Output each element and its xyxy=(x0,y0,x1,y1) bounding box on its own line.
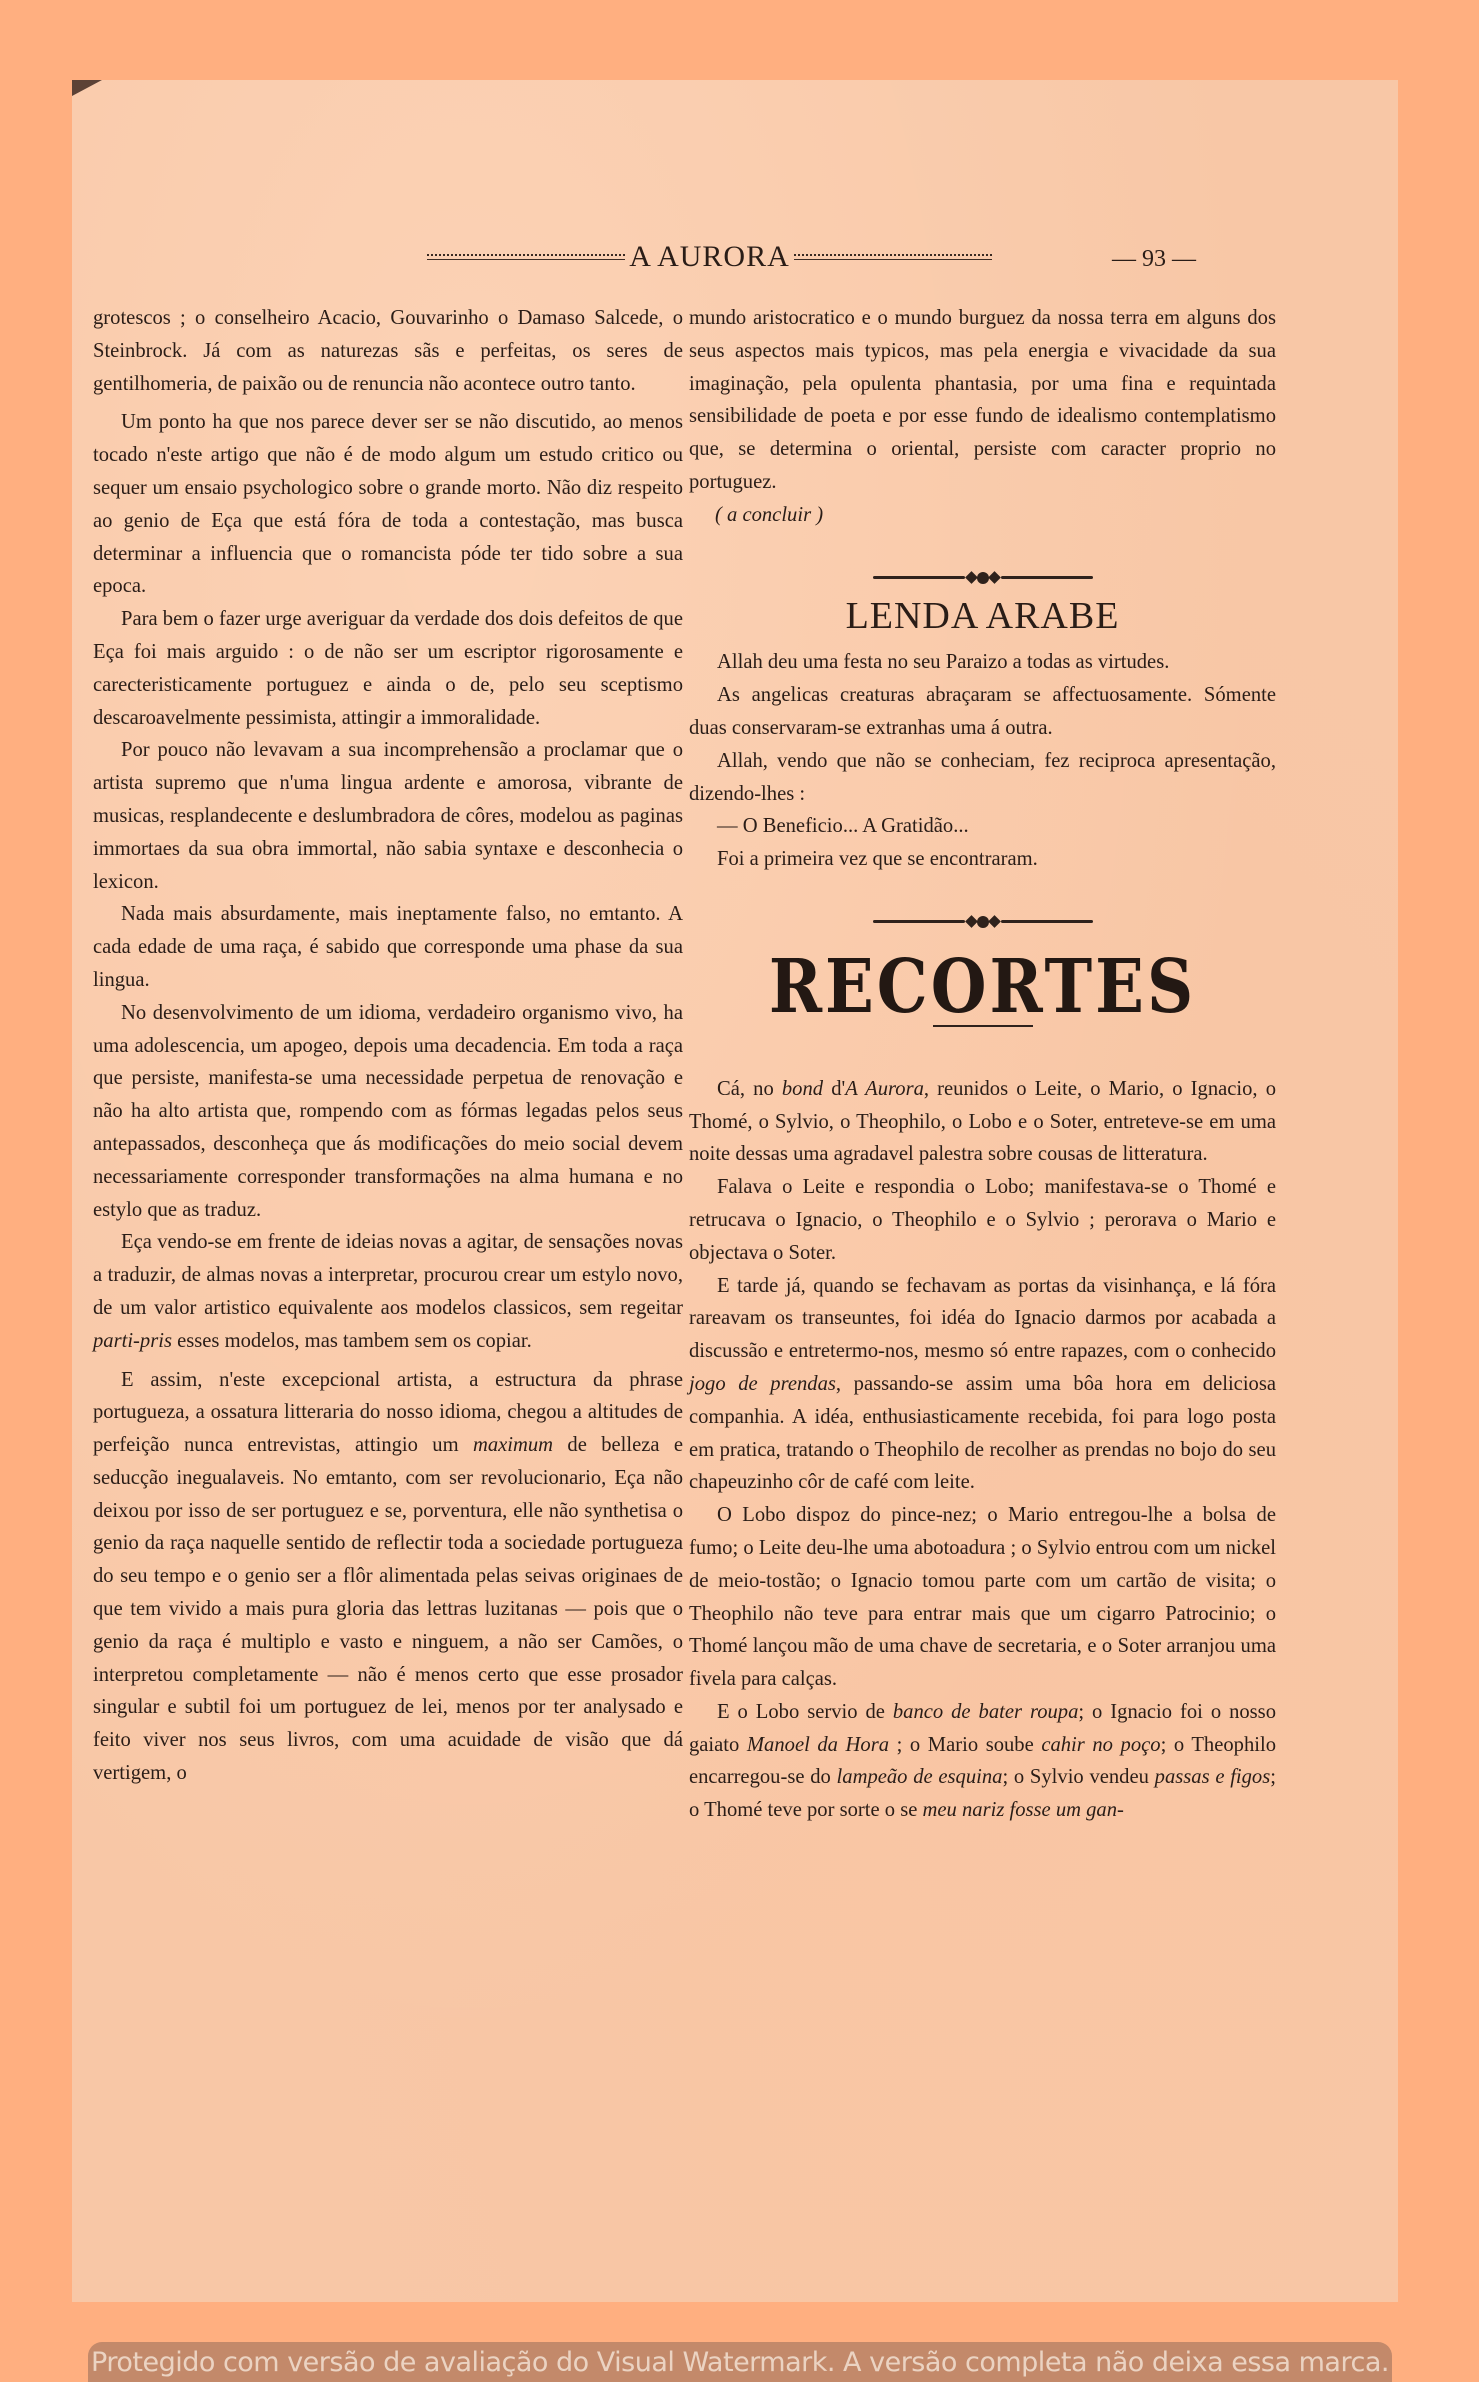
paragraph: Eça vendo-se em frente de ideias novas a… xyxy=(93,1226,683,1357)
masthead-rule-left xyxy=(427,254,625,260)
paragraph: E assim, n'este excepcional artista, a e… xyxy=(93,1364,683,1790)
italic-phrase: jogo de prendas xyxy=(689,1373,836,1395)
italic-phrase: maximum xyxy=(473,1434,553,1456)
paragraph: Para bem o fazer urge averiguar da verda… xyxy=(93,603,683,734)
ornamental-divider xyxy=(689,916,1276,928)
italic-phrase: Manoel da Hora xyxy=(747,1734,889,1756)
italic-phrase: meu nariz fosse um gan- xyxy=(923,1799,1124,1821)
page-number: — 93 — xyxy=(1112,246,1196,273)
paragraph: Cá, no bond d'A Aurora, reunidos o Leite… xyxy=(689,1073,1276,1171)
paragraph: Por pouco não levavam a sua incomprehens… xyxy=(93,734,683,898)
newspaper-page: A AURORA — 93 — grotescos ; o conselheir… xyxy=(72,80,1398,2302)
italic-phrase: banco de bater roupa xyxy=(893,1701,1079,1723)
paragraph: Falava o Leite e respondia o Lobo; manif… xyxy=(689,1171,1276,1269)
paragraph: E tarde já, quando se fechavam as portas… xyxy=(689,1270,1276,1500)
italic-phrase: A Aurora xyxy=(845,1078,924,1100)
publication-title: A AURORA xyxy=(627,240,792,274)
paragraph: E o Lobo servio de banco de bater roupa;… xyxy=(689,1696,1276,1827)
running-header: A AURORA — 93 — xyxy=(72,240,1398,280)
paragraph: Um ponto ha que nos parece dever ser se … xyxy=(93,406,683,603)
paragraph: Foi a primeira vez que se encontraram. xyxy=(689,843,1276,876)
right-column: mundo aristocratico e o mundo burguez da… xyxy=(689,302,1276,1827)
page-corner-shadow xyxy=(72,80,102,96)
paragraph: O Lobo dispoz do pince-nez; o Mario entr… xyxy=(689,1499,1276,1696)
italic-phrase: parti-pris xyxy=(93,1330,172,1352)
paragraph: Allah, vendo que não se conheciam, fez r… xyxy=(689,745,1276,811)
ornamental-divider xyxy=(689,572,1276,584)
to-be-continued-note: ( a concluir ) xyxy=(689,499,1276,532)
paragraph: Nada mais absurdamente, mais ineptamente… xyxy=(93,898,683,996)
section-title-recortes: RECORTES xyxy=(689,969,1276,1007)
masthead-rule-right xyxy=(794,254,992,260)
section-title-lenda-arabe: LENDA ARABE xyxy=(689,600,1276,633)
left-column: grotescos ; o conselheiro Acacio, Gouvar… xyxy=(93,302,683,1790)
paragraph: As angelicas creaturas abraçaram se affe… xyxy=(689,679,1276,745)
paragraph: — O Beneficio... A Gratidão... xyxy=(689,810,1276,843)
article-continuation: mundo aristocratico e o mundo burguez da… xyxy=(689,302,1276,499)
paragraph: Allah deu uma festa no seu Paraizo a tod… xyxy=(689,646,1276,679)
masthead: A AURORA xyxy=(427,240,992,274)
italic-phrase: passas e figos xyxy=(1155,1766,1271,1788)
watermark-banner: Protegido com versão de avaliação do Vis… xyxy=(88,2342,1392,2382)
paragraph: grotescos ; o conselheiro Acacio, Gouvar… xyxy=(93,302,683,400)
italic-phrase: bond xyxy=(782,1078,823,1100)
italic-phrase: lampeão de esquina xyxy=(837,1766,1003,1788)
paragraph: No desenvolvimento de um idioma, verdade… xyxy=(93,997,683,1227)
italic-phrase: cahir no poço xyxy=(1041,1734,1160,1756)
